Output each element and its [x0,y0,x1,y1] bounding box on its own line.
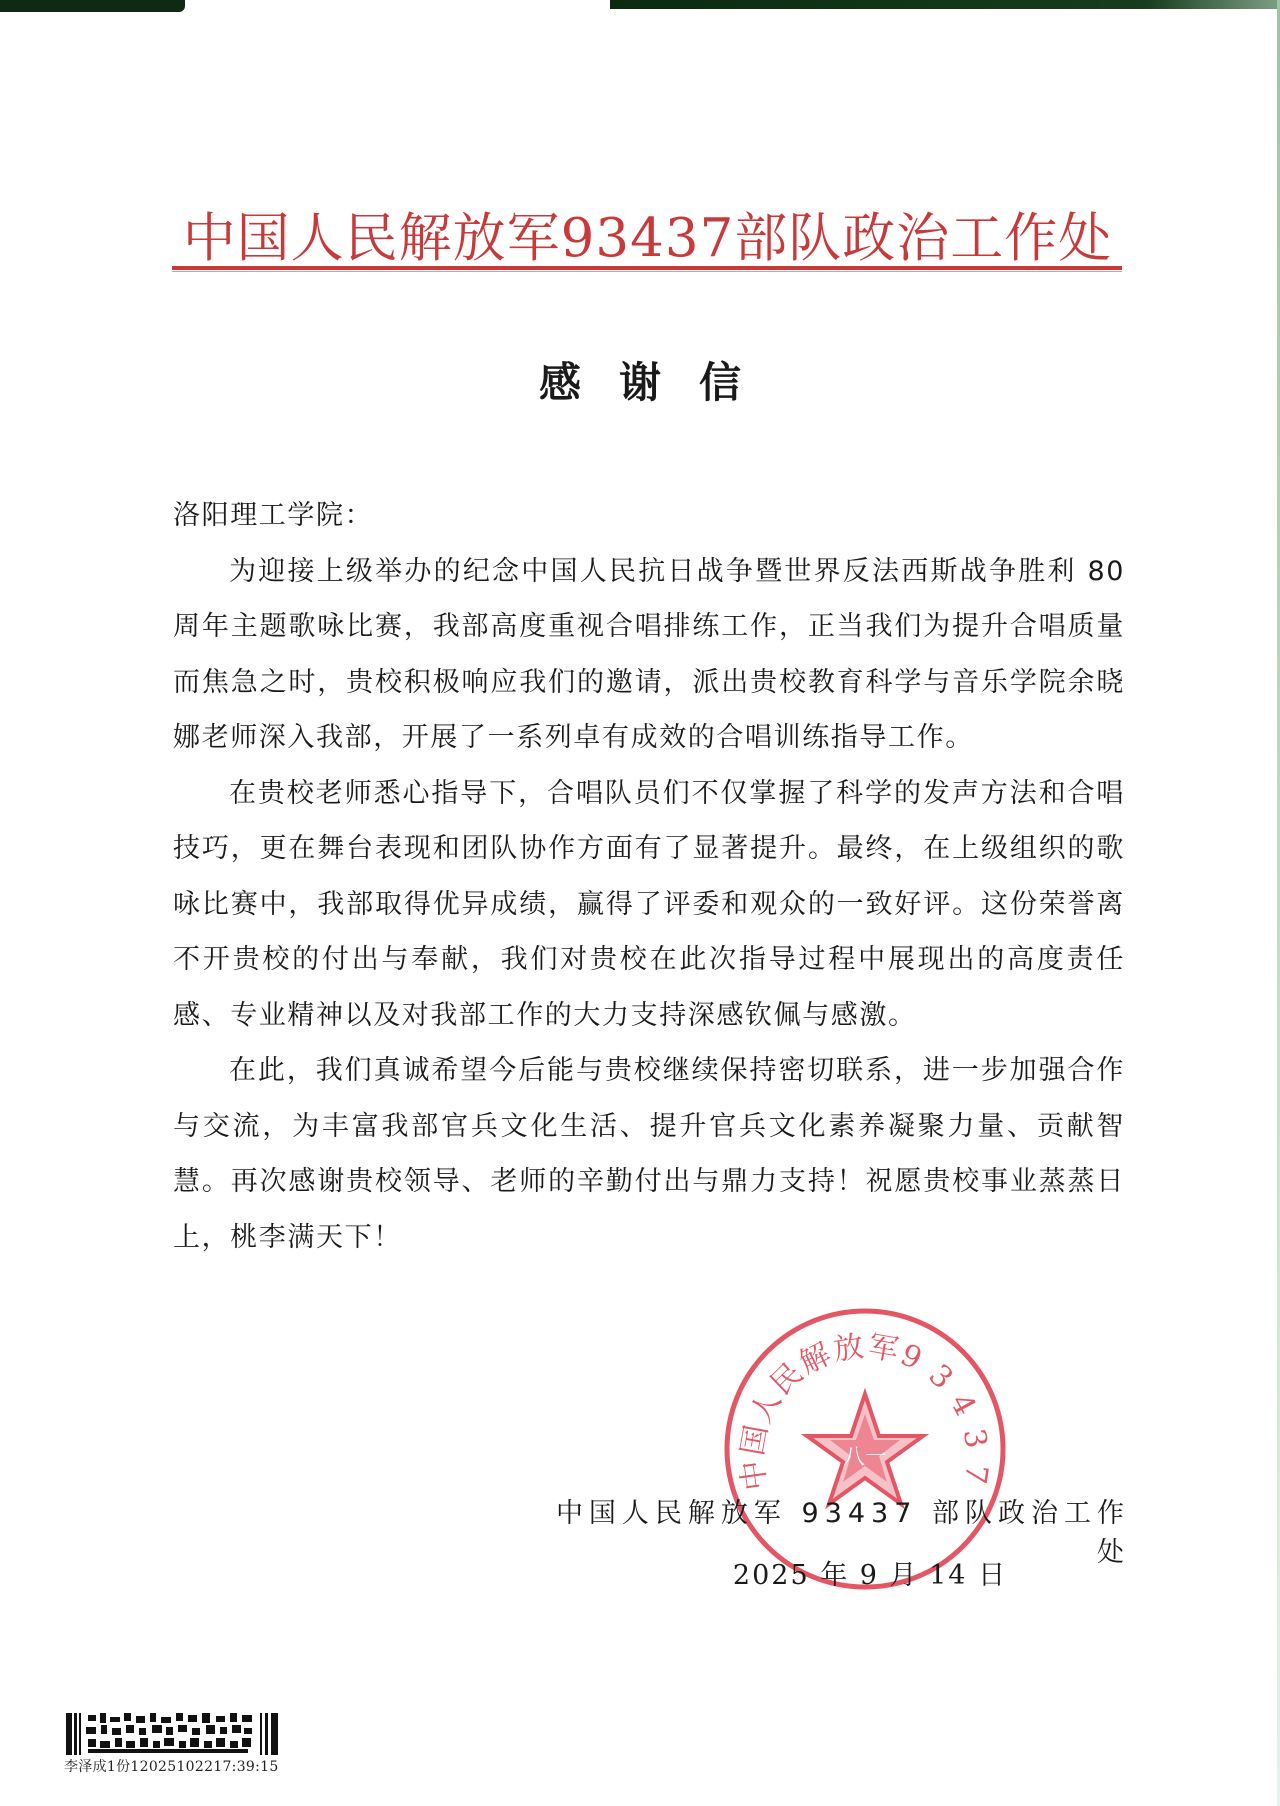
signature-date: 2025 年 9 月 14 日 [720,1553,1020,1592]
photo-background-edge [0,0,1280,10]
letterhead-rule-thin [172,271,1122,272]
background-dark-left [0,0,185,12]
letter-body: 洛阳理工学院： 为迎接上级举办的纪念中国人民抗日战争暨世界反法西斯战争胜利 80… [173,488,1125,1265]
paragraph-3: 在此，我们真诚希望今后能与贵校继续保持密切联系，进一步加强合作与交流，为丰富我部… [173,1043,1125,1265]
paragraph-2: 在贵校老师悉心指导下，合唱队员们不仅掌握了科学的发声方法和合唱技巧，更在舞台表现… [173,766,1125,1044]
letterhead-rule [172,266,1122,270]
background-dark-right [610,0,1280,9]
document-title: 感谢信 [0,350,1280,410]
letterhead-title: 中国人民解放军93437部队政治工作处 [170,196,1125,272]
barcode-caption: 李泽成1份12025102217:39:15 [64,1756,279,1776]
paragraph-1: 为迎接上级举办的纪念中国人民抗日战争暨世界反法西斯战争胜利 80 周年主题歌咏比… [173,544,1125,766]
svg-text:八一: 八一 [843,1445,887,1470]
barcode-icon [66,1713,286,1755]
salutation: 洛阳理工学院： [173,488,1125,544]
